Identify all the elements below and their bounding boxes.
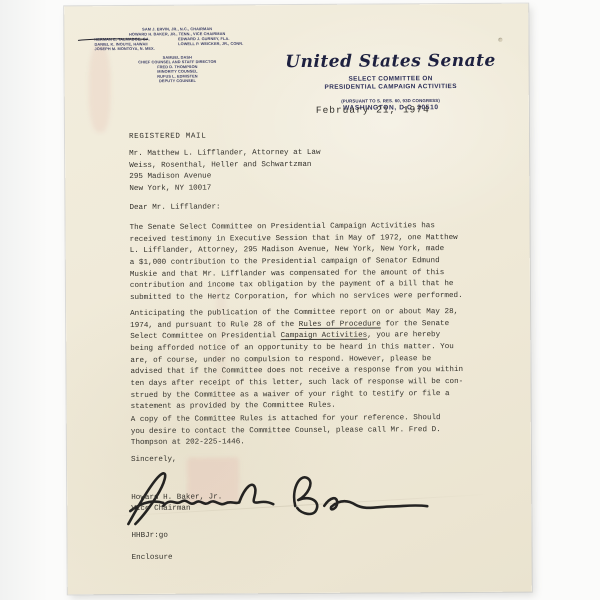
handwritten-pen-mark xyxy=(77,37,149,41)
letter-date: February 21, 1974 xyxy=(316,104,430,116)
paragraph-2: Anticipating the publication of the Comm… xyxy=(130,307,471,414)
pursuant-line-wrap: (PURSUANT TO S. RES. 60, 93D CONGRESS) xyxy=(284,92,498,100)
reference-initials-line: HHBJr:go xyxy=(131,529,471,543)
recipient-address-block: Mr. Matthew L. Lifflander, Attorney at L… xyxy=(129,147,469,196)
paper-pinhole xyxy=(498,38,502,42)
letterhead-member-list: SAM J. ERVIN, JR., N.C., CHAIRMAN HOWARD… xyxy=(94,26,260,83)
paragraph-2-underlined-rules: Rules of Procedure xyxy=(299,320,381,329)
signer-title-line: Vice Chairman xyxy=(131,502,471,516)
salutation-line: Dear Mr. Lifflander: xyxy=(129,201,469,215)
committee-line2: PRESIDENTIAL CAMPAIGN ACTIVITIES xyxy=(284,83,498,93)
paragraph-2-seg3: , you are hereby being afforded notice o… xyxy=(130,331,463,411)
enclosure-line: Enclosure xyxy=(132,551,472,565)
photo-background-shade xyxy=(0,0,48,600)
letter-body: REGISTERED MAIL Mr. Matthew L. Lifflande… xyxy=(128,4,468,6)
mail-method-line: REGISTERED MAIL xyxy=(129,130,469,144)
letter-paper: SAM J. ERVIN, JR., N.C., CHAIRMAN HOWARD… xyxy=(64,4,532,595)
committee-name: SELECT COMMITTEE ON PRESIDENTIAL CAMPAIG… xyxy=(284,75,498,93)
paragraph-3: A copy of the Committee Rules is attache… xyxy=(131,413,471,450)
paragraph-1: The Senate Select Committee on President… xyxy=(130,221,470,305)
org-title: United States Senate xyxy=(283,51,497,72)
paragraph-2-underlined-activities: Campaign Activities xyxy=(281,332,368,341)
letterhead-org-block: United States Senate SELECT COMMITTEE ON… xyxy=(283,51,497,113)
letterhead-members-col2: EDWARD J. GURNEY, FLA. LOWELL P. WEICKER… xyxy=(178,36,260,51)
letterhead-staff-list: SAMUEL DASH CHIEF COUNSEL AND STAFF DIRE… xyxy=(95,54,261,83)
